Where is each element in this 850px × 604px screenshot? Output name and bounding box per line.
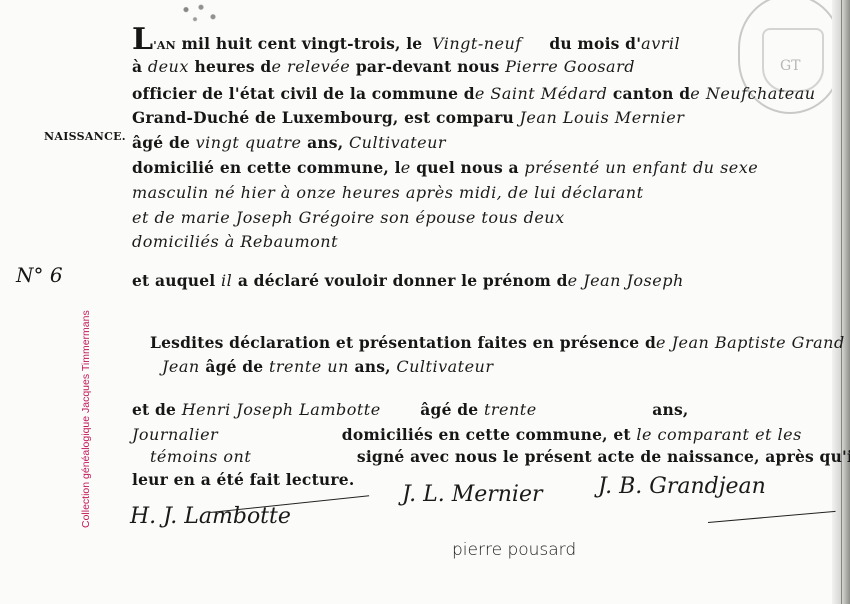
text-line-14: Journalier domiciliés en cette commune, … (132, 425, 802, 444)
text-line-12: Jean âgé de trente un ans, Cultivateur (162, 357, 494, 376)
handwritten-declarant-age: vingt quatre (196, 133, 302, 152)
text-line-4: Grand-Duché de Luxembourg, est comparu J… (132, 108, 684, 127)
signature-lambotte: H. J. Lambotte (130, 504, 291, 529)
handwritten-witness-2: Henri Joseph Lambotte (182, 400, 381, 419)
drop-cap: L (132, 22, 153, 57)
collection-watermark: Collection généalogique Jacques Timmerma… (80, 310, 92, 528)
text-line-5: âgé de vingt quatre ans, Cultivateur (132, 133, 446, 152)
margin-label-naissance: NAISSANCE. (44, 130, 126, 143)
handwritten-month: avril (641, 34, 680, 53)
handwritten-witness-2-occupation: Journalier (132, 425, 218, 444)
handwritten-commune: e Saint Médard (475, 84, 608, 103)
text-line-10: et auquel il a déclaré vouloir donner le… (132, 271, 684, 290)
signature-officer: pierre pousard (452, 540, 576, 560)
handwritten-officer-name: Pierre Goosard (505, 57, 635, 76)
birth-record-page: GT NAISSANCE. N° 6 Collection généalogiq… (0, 0, 850, 604)
text-line-3: officier de l'état civil de la commune d… (132, 84, 816, 103)
signature-flourish (708, 511, 836, 523)
handwritten-witness-2-age: trente (484, 400, 537, 419)
handwritten-declarant: Jean Louis Mernier (520, 108, 685, 127)
signature-grandjean: J. B. Grandjean (598, 474, 766, 499)
handwritten-line-8: et de marie Joseph Grégoire son épouse t… (132, 208, 565, 227)
handwritten-line-9: domiciliés à Rebaumont (132, 232, 338, 251)
handwritten-presentation: présenté un enfant du sexe (524, 158, 758, 177)
margin-record-number: N° 6 (16, 263, 63, 287)
text-line-13: et de Henri Joseph Lambotte âgé de trent… (132, 400, 689, 419)
text-line-6: domicilié en cette commune, le quel nous… (132, 158, 758, 177)
handwritten-day: Vingt-neuf (432, 34, 522, 53)
ink-smudge (168, 0, 228, 24)
handwritten-declarant-occupation: Cultivateur (349, 133, 446, 152)
handwritten-canton: e Neufchateau (690, 84, 815, 103)
handwritten-witness-1-age: trente un (269, 357, 349, 376)
handwritten-witness-1: e Jean Baptiste Grand (656, 333, 845, 352)
text-line-16: leur en a été fait lecture. (132, 470, 354, 489)
handwritten-witness-1-occupation: Cultivateur (396, 357, 493, 376)
handwritten-child-name: e Jean Joseph (568, 271, 684, 290)
handwritten-line-7: masculin né hier à onze heures après mid… (132, 183, 644, 202)
text-line-15: témoins ont signé avec nous le présent a… (150, 447, 850, 466)
page-edge-line (841, 0, 842, 604)
text-line-2: à deux heures de relevée par-devant nous… (132, 57, 635, 76)
seal-stamp-text: GT (780, 58, 801, 74)
text-line-11: Lesdites déclaration et présentation fai… (150, 333, 845, 352)
handwritten-hour: deux (148, 57, 189, 76)
text-line-1: L'AN mil huit cent vingt-trois, le Vingt… (132, 30, 680, 53)
signature-mernier: J. L. Mernier (402, 482, 543, 507)
